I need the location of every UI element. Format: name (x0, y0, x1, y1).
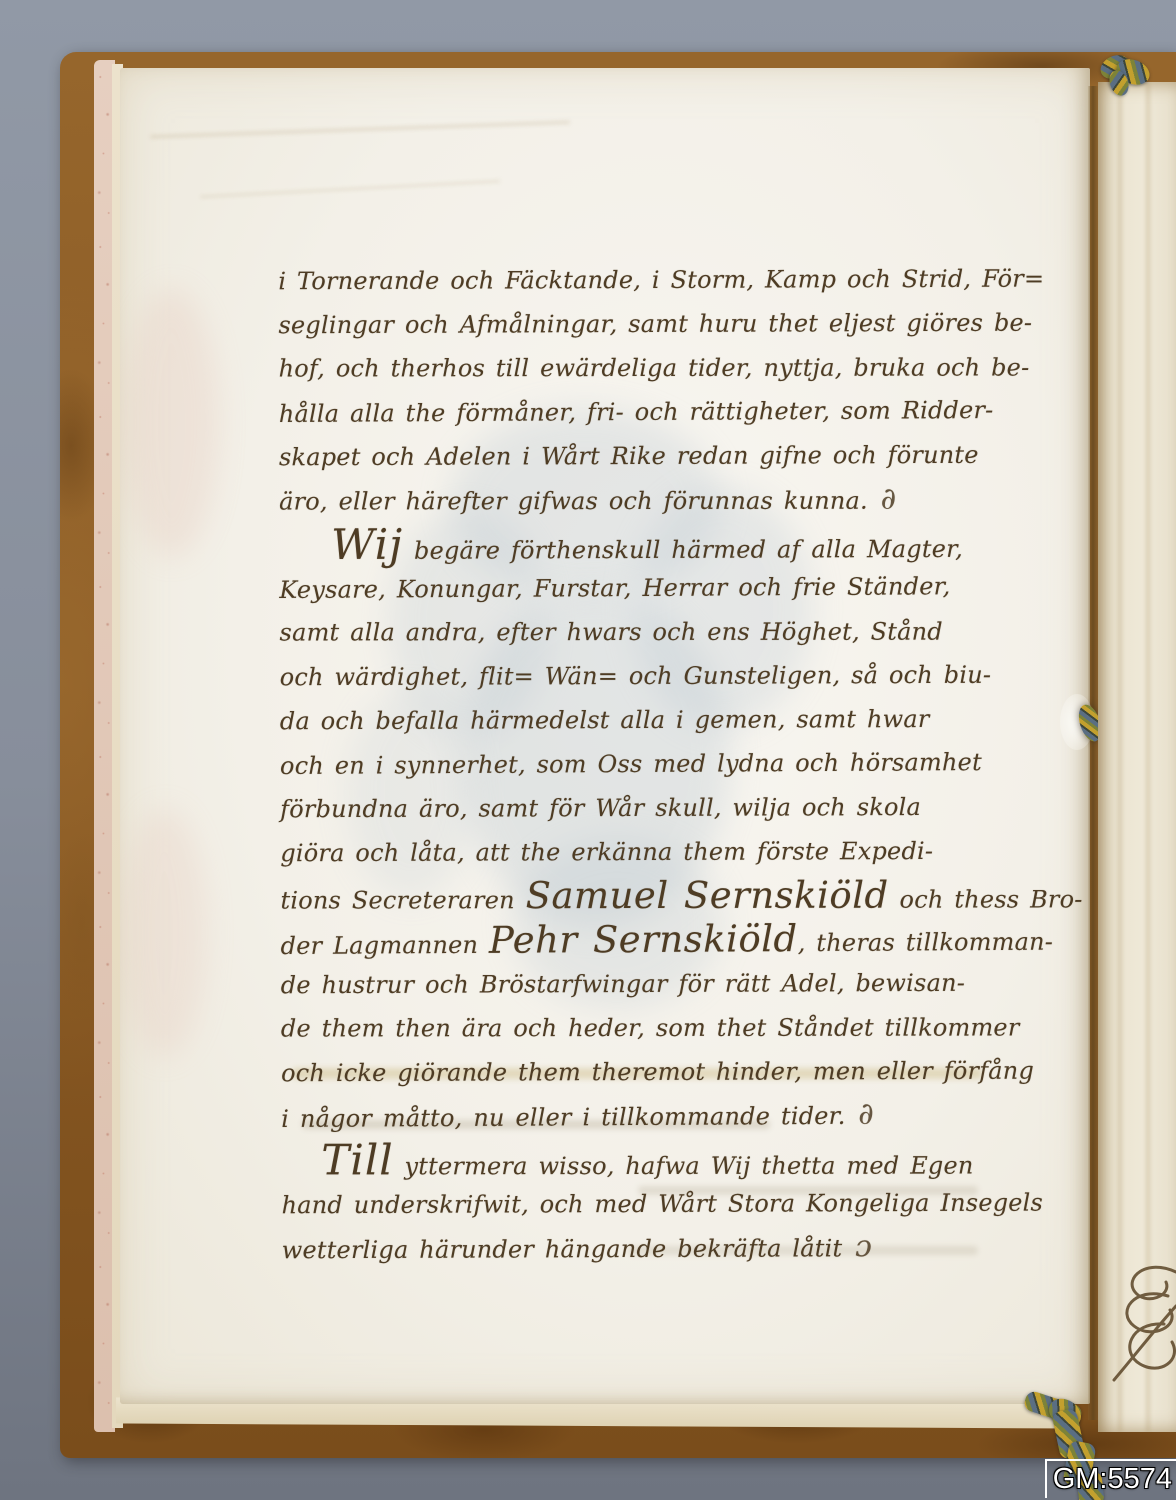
name-highlight: Samuel Sernskiöld (526, 874, 889, 918)
text-run: ∂ (868, 482, 897, 517)
manuscript-line: och icke giörande them theremot hinder, … (281, 1049, 991, 1095)
name-highlight: Pehr Sernskiöld (489, 917, 798, 962)
manuscript-line: seglingar och Afmålningar, samt huru the… (278, 301, 988, 347)
manuscript-line: giöra och låta, att the erkänna them för… (280, 829, 990, 875)
endpaper-color-offset (122, 808, 207, 1058)
endpaper-color-offset (124, 288, 219, 558)
text-run: begäre förthenskull härmed af alla Magte… (403, 535, 963, 565)
manuscript-line: wetterliga härunder hängande bekräfta lå… (282, 1225, 992, 1271)
manuscript-line: äro, eller härefter gifwas och förunnas … (279, 478, 989, 523)
manuscript-line: förbundna äro, samt för Wår skull, wilja… (280, 785, 990, 831)
parchment-crease (150, 121, 570, 139)
parchment-crease (1146, 82, 1150, 1432)
photo-of-manuscript: i Tornerande och Fäcktande, i Storm, Kam… (0, 0, 1176, 1500)
text-run: förbundna äro, samt för Wår skull, wilja… (280, 793, 921, 823)
manuscript-line: hålla alla the förmåner, fri- och rättig… (279, 388, 989, 436)
manuscript-line: skapet och Adelen i Wårt Rike redan gifn… (279, 433, 989, 479)
text-run: skapet och Adelen i Wårt Rike redan gifn… (279, 441, 979, 471)
text-run: seglingar och Afmålningar, samt huru the… (278, 309, 1032, 340)
text-run: hålla alla the förmåner, fri- och rättig… (279, 396, 994, 428)
text-run: yttermera wisso, hafwa Wij thetta med Eg… (394, 1152, 974, 1181)
text-run: der Lagmannen (281, 931, 490, 960)
parchment-page: i Tornerande och Fäcktande, i Storm, Kam… (120, 68, 1090, 1404)
manuscript-line: Keysare, Konungar, Furstar, Herrar och f… (279, 564, 989, 612)
text-run: Till (321, 1135, 393, 1184)
text-run: de hustrur och Bröstarfwingar för rätt A… (281, 969, 965, 999)
manuscript-line: de them then ära och heder, som thet Stå… (281, 1006, 991, 1051)
text-run: och thess Bro- (889, 885, 1083, 913)
parchment-crease (1118, 82, 1122, 1432)
text-run: samt alla andra, efter hwars och ens Hög… (280, 618, 943, 647)
manuscript-line: tions Secreteraren Samuel Sernskiöld och… (280, 874, 990, 919)
text-run: tions Secreteraren (280, 886, 525, 914)
text-run: och icke giörande them theremot hinder, … (281, 1057, 1034, 1088)
text-run: och en i synnerhet, som Oss med lydna oc… (280, 748, 982, 780)
facing-parchment-page (1098, 82, 1176, 1432)
manuscript-line: de hustrur och Bröstarfwingar för rätt A… (281, 961, 991, 1007)
text-run: ɔ (842, 1229, 872, 1264)
manuscript-text: i Tornerande och Fäcktande, i Storm, Kam… (278, 257, 992, 1271)
text-run: de them then ära och heder, som thet Stå… (281, 1013, 1020, 1042)
text-run: hof, och therhos till ewärdeliga tider, … (279, 353, 1030, 382)
manuscript-line: samt alla andra, efter hwars och ens Hög… (280, 610, 990, 655)
manuscript-line: hof, och therhos till ewärdeliga tider, … (279, 346, 989, 391)
text-run: hand underskrifwit, och med Wårt Stora K… (281, 1189, 1043, 1220)
text-run: äro, eller härefter gifwas och förunnas … (279, 487, 868, 516)
text-run: i Tornerande och Fäcktande, i Storm, Kam… (278, 265, 1044, 296)
text-run: da och befalla härmedelst alla i gemen, … (280, 705, 930, 735)
text-run: och wärdighet, flit= Wän= och Gunstelige… (280, 661, 992, 691)
text-run: i någor måtto, nu eller i tillkommande t… (281, 1102, 845, 1133)
text-run: , theras tillkomman- (798, 928, 1053, 957)
manuscript-line: Wij begäre förthenskull härmed af alla M… (279, 521, 989, 567)
text-run: giöra och låta, att the erkänna them för… (280, 837, 933, 867)
manuscript-line: da och befalla härmedelst alla i gemen, … (280, 697, 990, 743)
manuscript-line: i Tornerande och Fäcktande, i Storm, Kam… (278, 257, 988, 303)
archive-label: GM:5574 (1045, 1459, 1176, 1498)
parchment-crease (200, 180, 500, 198)
manuscript-line: Till yttermera wisso, hafwa Wij thetta m… (281, 1138, 991, 1183)
manuscript-line: och wärdighet, flit= Wän= och Gunstelige… (280, 653, 990, 699)
text-run: Keysare, Konungar, Furstar, Herrar och f… (279, 572, 950, 604)
manuscript-line: och en i synnerhet, som Oss med lydna oc… (280, 740, 990, 788)
text-run: ∂ (845, 1097, 874, 1132)
calligraphic-signature-flourish (1102, 1262, 1176, 1392)
manuscript-line: i någor måtto, nu eller i tillkommande t… (281, 1092, 991, 1140)
manuscript-line: hand underskrifwit, och med Wårt Stora K… (281, 1181, 991, 1227)
manuscript-line: der Lagmannen Pehr Sernskiöld, theras ti… (280, 916, 990, 964)
text-run: wetterliga härunder hängande bekräfta lå… (282, 1234, 843, 1264)
text-run: Wij (331, 520, 403, 569)
